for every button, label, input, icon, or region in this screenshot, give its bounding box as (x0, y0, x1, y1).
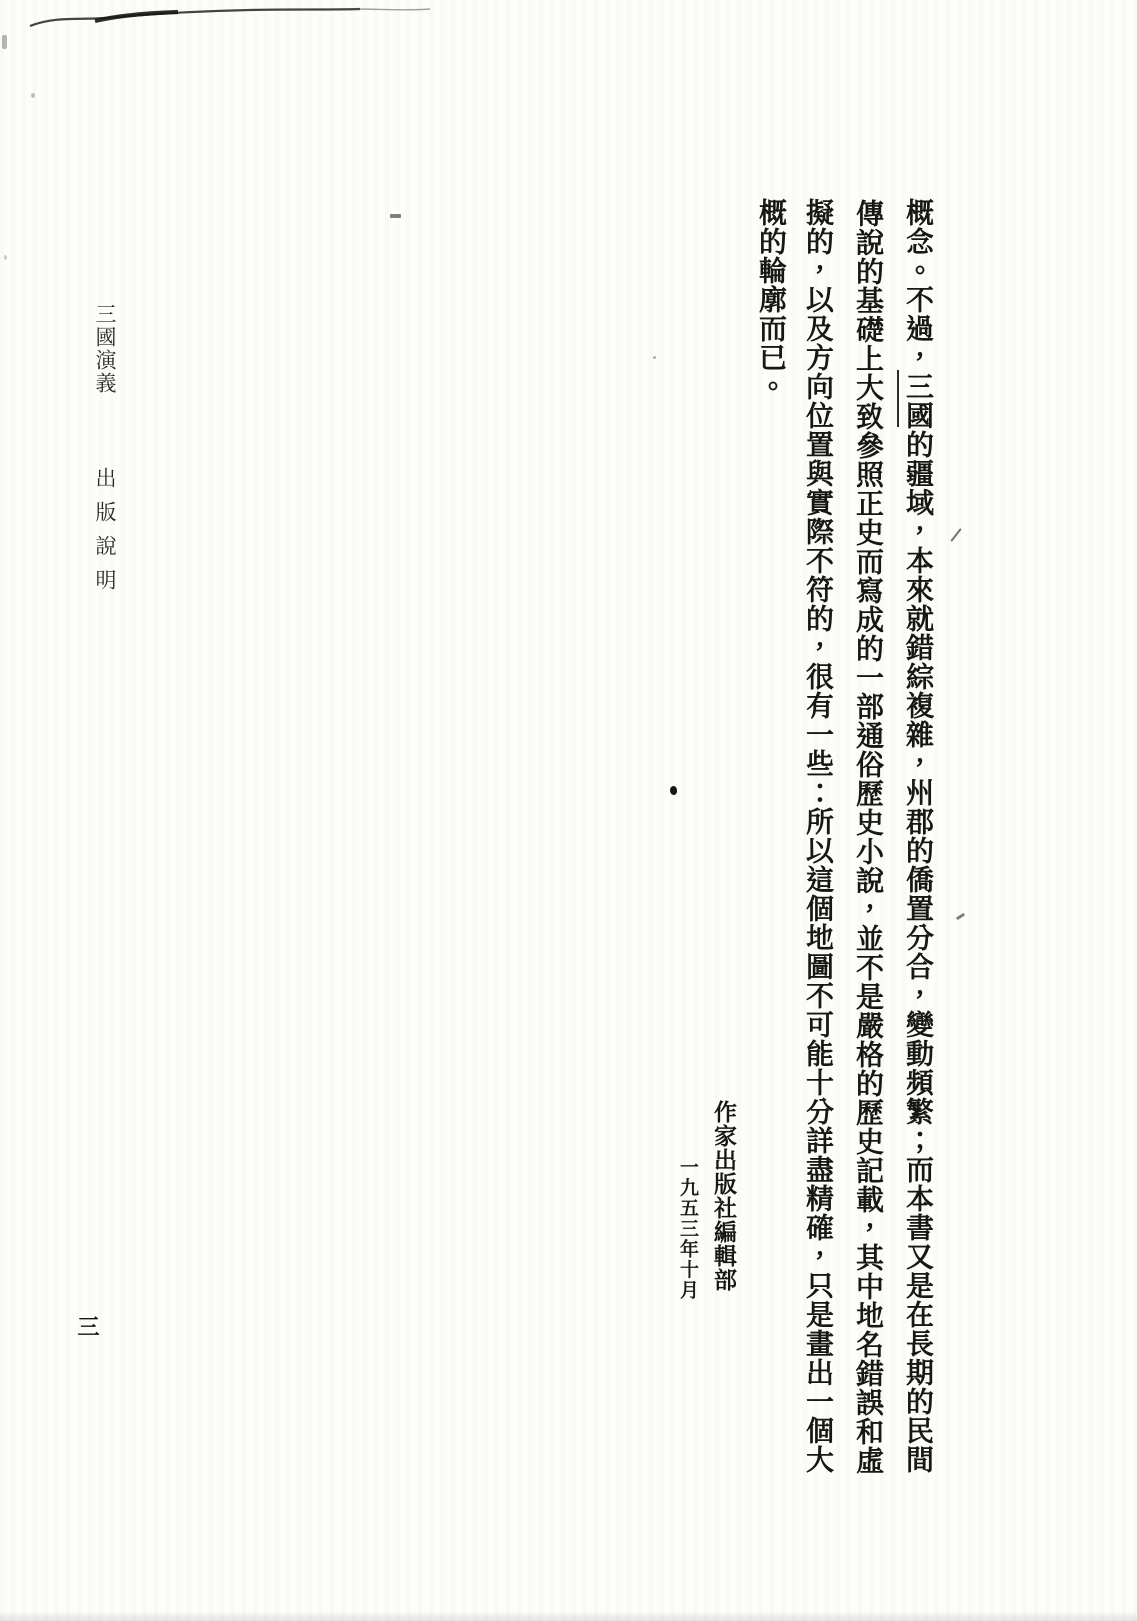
scanned-book-page: 三國演義 出版說明 概念。不過，三國的疆域，本來就錯綜複雜，州郡的僑置分合，變動… (0, 0, 1137, 1621)
body-column-1: 概念。不過，三國的疆域，本來就錯綜複雜，州郡的僑置分合，變動頻繁；而本書又是在長… (903, 198, 931, 1474)
section-title: 出版說明 (93, 467, 117, 603)
body-column-3: 擬的，以及方向位置與實際不符的，很有一些：所以這個地圖不可能十分詳盡精確，只是畫… (803, 198, 831, 1474)
book-title: 三國演義 (93, 303, 117, 395)
page-number: 三 (76, 1315, 98, 1337)
ink-speck (2, 35, 7, 49)
ink-speck (4, 255, 7, 260)
ink-speck (31, 93, 35, 98)
body-column-4: 概的輪廓而已。 (756, 198, 784, 401)
ink-speck (670, 786, 677, 795)
ink-speck (653, 356, 656, 359)
ink-speck (956, 913, 965, 920)
ink-speck (950, 528, 961, 542)
publisher-signature: 作家出版社編輯部 (712, 1100, 735, 1292)
proper-noun-mark (897, 370, 899, 427)
scan-artifact-top-streak (0, 0, 460, 40)
body-column-2: 傳說的基礎上大致參照正史而寫成的一部通俗歷史小說，並不是嚴格的歷史記載，其中地名… (853, 199, 881, 1475)
running-header: 三國演義 出版說明 (94, 303, 115, 603)
ink-speck (390, 214, 401, 218)
publication-date: 一九五三年十月 (678, 1157, 697, 1301)
